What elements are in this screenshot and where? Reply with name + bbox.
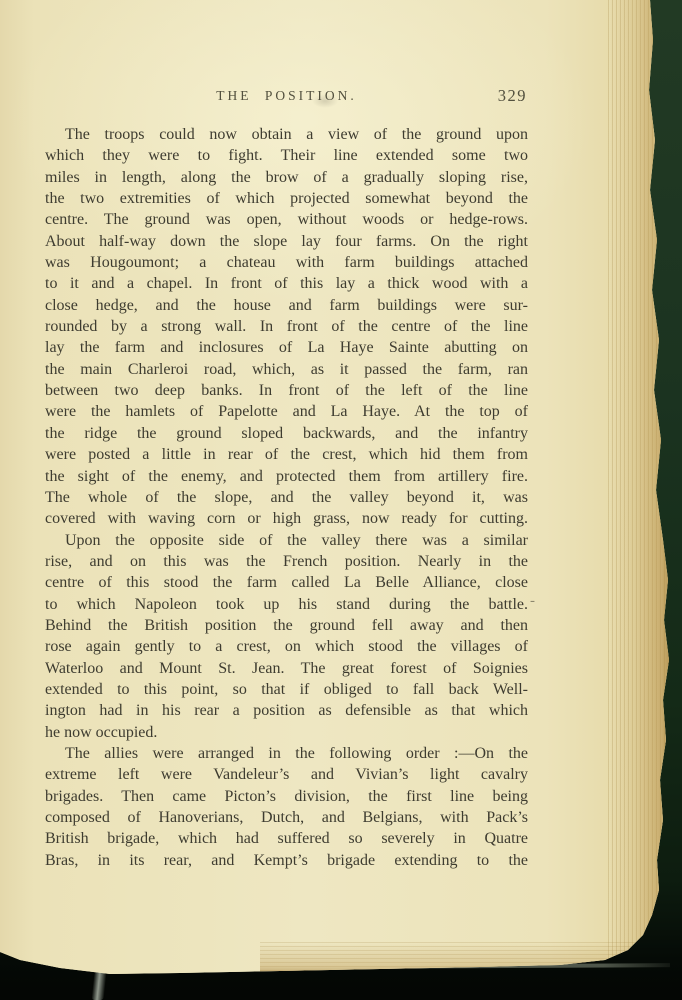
text-line: brigades. Then came Picton’s division, t…: [45, 786, 528, 807]
text-line: which they were to fight. Their line ext…: [45, 145, 528, 166]
text-line: the main Charleroi road, which, as it pa…: [45, 359, 528, 380]
text-line: were posted a little in rear of the cres…: [45, 444, 528, 465]
page-number: 329: [498, 86, 527, 106]
text-line: the sight of the enemy, and protected th…: [45, 466, 528, 487]
text-line: miles in length, along the brow of a gra…: [45, 167, 528, 188]
text-line: centre of this stood the farm called La …: [45, 572, 528, 593]
text-line: to it and a chapel. In front of this lay…: [45, 273, 528, 294]
text-line: rounded by a strong wall. In front of th…: [45, 316, 528, 337]
margin-mark: -: [530, 593, 535, 610]
page-edge-stack-bottom: [260, 942, 682, 974]
text-line: rose again gently to a crest, on which s…: [45, 636, 528, 657]
text-line: lay the farm and inclosures of La Haye S…: [45, 337, 528, 358]
scanned-book-page-photo: THE POSITION. 329 The troops could now o…: [0, 0, 682, 1000]
book-page: THE POSITION. 329 The troops could now o…: [0, 0, 682, 1000]
text-line: the two extremities of which projected s…: [45, 188, 528, 209]
text-line: rise, and on this was the French positio…: [45, 551, 528, 572]
text-line: ington had in his rear a position as def…: [45, 700, 528, 721]
text-line: the ridge the ground sloped backwards, a…: [45, 423, 528, 444]
running-title: THE POSITION.: [216, 88, 357, 104]
text-line: Bras, in its rear, and Kempt’s brigade e…: [45, 850, 528, 871]
text-line: centre. The ground was open, without woo…: [45, 209, 528, 230]
page-header: THE POSITION. 329: [45, 86, 528, 108]
text-line: he now occupied.: [45, 722, 528, 743]
text-line: was Hougoumont; a chateau with farm buil…: [45, 252, 528, 273]
page-edge-stack-right: [608, 0, 674, 1000]
text-line: Upon the opposite side of the valley the…: [45, 530, 528, 551]
text-line: to which Napoleon took up his stand duri…: [45, 594, 528, 615]
text-line: were the hamlets of Papelotte and La Hay…: [45, 401, 528, 422]
text-line: covered with waving corn or high grass, …: [45, 508, 528, 529]
text-line: The troops could now obtain a view of th…: [45, 124, 528, 145]
text-line: The whole of the slope, and the valley b…: [45, 487, 528, 508]
text-line: extended to this point, so that if oblig…: [45, 679, 528, 700]
text-line: between two deep banks. In front of the …: [45, 380, 528, 401]
text-line: About half-way down the slope lay four f…: [45, 231, 528, 252]
text-line: The allies were arranged in the followin…: [45, 743, 528, 764]
text-line: composed of Hanoverians, Dutch, and Belg…: [45, 807, 528, 828]
text-line: British brigade, which had suffered so s…: [45, 828, 528, 849]
text-line: Behind the British position the ground f…: [45, 615, 528, 636]
text-line: close hedge, and the house and farm buil…: [45, 295, 528, 316]
page-body-text: The troops could now obtain a view of th…: [45, 124, 528, 871]
text-line: Waterloo and Mount St. Jean. The great f…: [45, 658, 528, 679]
text-line: extreme left were Vandeleur’s and Vivian…: [45, 764, 528, 785]
